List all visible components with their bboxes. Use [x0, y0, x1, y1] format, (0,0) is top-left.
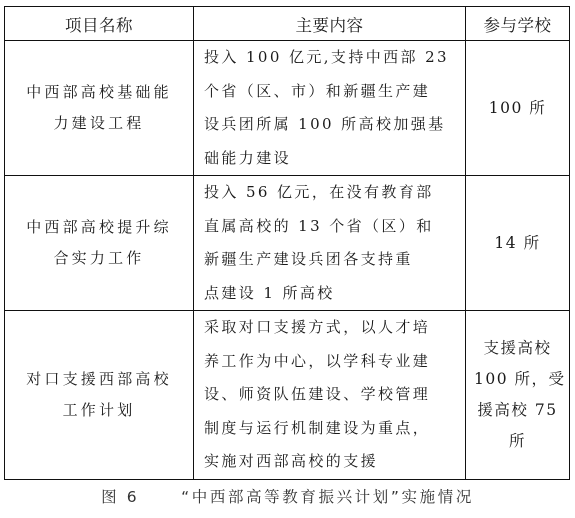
- schools-cell: 14 所: [466, 176, 570, 311]
- content-line: 个省（区、市）和新疆生产建: [204, 75, 457, 109]
- main-content-cell: 采取对口支援方式，以人才培 养工作为中心，以学科专业建 设、师资队伍建设、学校管…: [194, 311, 466, 480]
- content-line: 实施对西部高校的支援: [204, 445, 457, 479]
- content-line: 投入 100 亿元,支持中西部 23: [204, 41, 457, 75]
- main-content-cell: 投入 100 亿元,支持中西部 23 个省（区、市）和新疆生产建 设兵团所属 1…: [194, 41, 466, 176]
- project-name-line: 工作计划: [19, 395, 179, 426]
- project-name-line: 中西部高校提升综: [19, 212, 179, 243]
- schools-line: 100 所: [474, 93, 561, 124]
- schools-line: 14 所: [474, 228, 561, 259]
- table-header-row: 项目名称 主要内容 参与学校: [5, 7, 570, 41]
- content-line: 础能力建设: [204, 142, 457, 176]
- table-row: 中西部高校提升综 合实力工作 投入 56 亿元，在没有教育部 直属高校的 13 …: [5, 176, 570, 311]
- schools-cell: 100 所: [466, 41, 570, 176]
- project-name-cell: 对口支援西部高校 工作计划: [5, 311, 194, 480]
- content-line: 养工作为中心，以学科专业建: [204, 345, 457, 379]
- figure-caption: 图 6“中西部高等教育振兴计划”实施情况: [0, 485, 575, 507]
- schools-line: 支援高校: [474, 333, 561, 364]
- content-line: 制度与运行机制建设为重点，: [204, 412, 457, 446]
- content-line: 直属高校的 13 个省（区）和: [204, 210, 457, 244]
- implementation-table: 项目名称 主要内容 参与学校 中西部高校基础能 力建设工程 投入 100 亿元,…: [4, 6, 570, 480]
- project-name-line: 合实力工作: [19, 243, 179, 274]
- table-row: 对口支援西部高校 工作计划 采取对口支援方式，以人才培 养工作为中心，以学科专业…: [5, 311, 570, 480]
- project-name-line: 中西部高校基础能: [19, 77, 179, 108]
- content-line: 设、师资队伍建设、学校管理: [204, 378, 457, 412]
- header-project-name: 项目名称: [5, 7, 194, 41]
- figure-number: 图 6: [101, 488, 139, 506]
- content-line: 采取对口支援方式，以人才培: [204, 311, 457, 345]
- content-line: 点建设 1 所高校: [204, 277, 457, 311]
- content-line: 新疆生产建设兵团各支持重: [204, 243, 457, 277]
- schools-line: 援高校 75: [474, 395, 561, 426]
- schools-cell: 支援高校 100 所，受 援高校 75 所: [466, 311, 570, 480]
- project-name-line: 对口支援西部高校: [19, 364, 179, 395]
- figure-title: “中西部高等教育振兴计划”实施情况: [181, 488, 474, 506]
- schools-line: 所: [474, 426, 561, 457]
- table-row: 中西部高校基础能 力建设工程 投入 100 亿元,支持中西部 23 个省（区、市…: [5, 41, 570, 176]
- header-participating-schools: 参与学校: [466, 7, 570, 41]
- project-name-line: 力建设工程: [19, 108, 179, 139]
- main-content-cell: 投入 56 亿元，在没有教育部 直属高校的 13 个省（区）和 新疆生产建设兵团…: [194, 176, 466, 311]
- header-main-content: 主要内容: [194, 7, 466, 41]
- content-line: 投入 56 亿元，在没有教育部: [204, 176, 457, 210]
- schools-line: 100 所，受: [474, 364, 561, 395]
- project-name-cell: 中西部高校提升综 合实力工作: [5, 176, 194, 311]
- project-name-cell: 中西部高校基础能 力建设工程: [5, 41, 194, 176]
- content-line: 设兵团所属 100 所高校加强基: [204, 108, 457, 142]
